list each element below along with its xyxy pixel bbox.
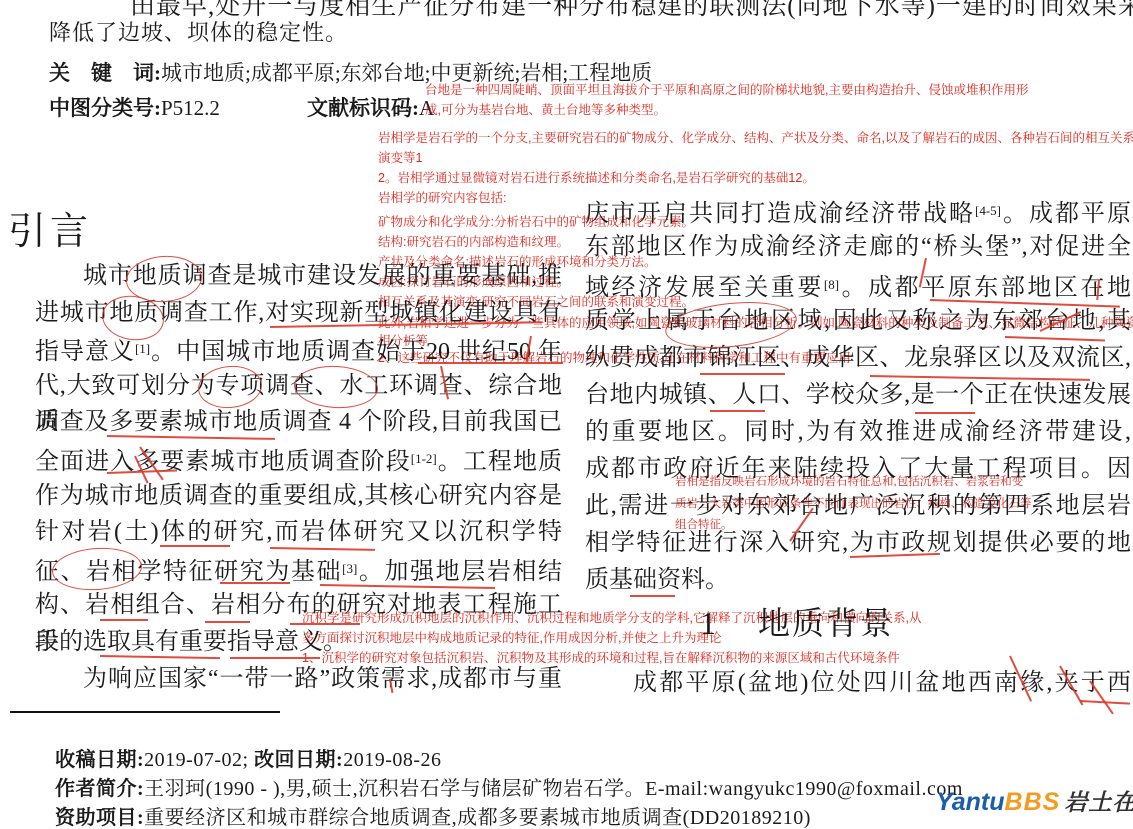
- body-line: 质学上属于台地区域,因此又称之为东郊台地,其: [585, 303, 1131, 340]
- body-line: 成都市政府近年来陆续投入了大量工程项目。因: [585, 451, 1131, 488]
- received-label: 收稿日期:: [55, 749, 144, 771]
- body-line: 台地内城镇、人口、学校众多,是一个正在快速发展: [585, 377, 1131, 414]
- right-column: 庆市开启共同打造成渝经济带战略[4-5]。成都平原 东部地区作为成渝经济走廊的“…: [585, 192, 1131, 599]
- body-line: 城市地质调查是城市建设发展的重要基础,推: [35, 258, 562, 295]
- body-line: 纵贯成都市锦江区、成华区、龙泉驿区以及双流区,: [585, 340, 1131, 377]
- introduction-heading: 引言: [8, 200, 92, 255]
- body-line: 针对岩(土)体的研究,而岩体研究又以沉积学特: [35, 514, 562, 551]
- red-note-line: 岩相学是岩石学的一个分支,主要研究岩石的矿物成分、化学成分、结构、产状及分类、命…: [378, 128, 1133, 148]
- funding-label: 资助项目:: [55, 807, 144, 829]
- body-line: 指导意义[1]。中国城市地质调查始于20 世纪50 年: [35, 331, 562, 368]
- body-line: 此,需进一步对东郊台地广泛沉积的第四系地层岩: [585, 488, 1131, 525]
- body-line: 调查及多要素城市地质调查 4 个阶段,目前我国已: [35, 404, 562, 441]
- footer-funding-line: 资助项目:重要经济区和城市群综合地质调查,成都多要素城市地质调查(DD20189…: [55, 801, 811, 829]
- logo-bbs-text: BBS: [1005, 788, 1061, 816]
- body-line: 征、岩相学特征研究为基础[3]。加强地层岩相结: [35, 551, 562, 588]
- author-value: 王羽珂(1990 - ),男,硕士,沉积岩石学与储层矿物岩石学。E-mail:w…: [144, 778, 963, 800]
- body-line: 质基础资料。: [585, 562, 1131, 599]
- logo-cn-text: 岩土在线: [1064, 789, 1133, 815]
- body-line: 进城市地质调查工作,对实现新型城镇化建设具有: [35, 295, 562, 332]
- author-label: 作者简介:: [55, 778, 144, 800]
- body-line: 全面进入多要素城市地质调查阶段[1-2]。工程地质: [35, 441, 562, 478]
- clc-value: P512.2: [161, 96, 220, 120]
- clc-label: 中图分类号:: [49, 96, 161, 120]
- revised-label: 改回日期:: [254, 749, 343, 771]
- body-line: 作为城市地质调查的重要组成,其核心研究内容是: [35, 478, 562, 515]
- stability-line: 降低了边坡、坝体的稳定性。: [49, 16, 348, 47]
- body-line: 段的选取具有重要指导意义。: [35, 624, 562, 661]
- funding-value: 重要经济区和城市群综合地质调查,成都多要素城市地质调查(DD20189210): [144, 807, 811, 829]
- red-note-line: 2。岩相学通过显微镜对岩石进行系统描述和分类命名,是岩石学研究的基础12。: [378, 168, 1133, 188]
- received-value: 2019-07-02;: [144, 749, 254, 771]
- red-note-line: 演变等1: [378, 148, 1133, 168]
- keywords-label: 关 键 词:: [49, 61, 161, 85]
- body-line: 庆市开启共同打造成渝经济带战略[4-5]。成都平原: [585, 192, 1131, 229]
- body-line: 的重要地区。同时,为有效推进成渝经济带建设,: [585, 414, 1131, 451]
- body-line: 成都平原(盆地)位处四川盆地西南缘,夹于西: [585, 662, 1131, 697]
- logo-yantu-text: Yantu: [936, 788, 1005, 816]
- body-line: 代,大致可划分为专项调查、水工环调查、综合地质: [35, 368, 562, 405]
- paper-page: 田最早,处升一与度相生产征分布建一种分布稳建的联测法(同地下水等)一建的时间效果…: [0, 0, 1133, 829]
- doc-code-line: 文献标识码:A: [307, 92, 434, 122]
- hand-mark: [1080, 700, 1130, 705]
- yantubbs-logo: YantuBBS岩土在线: [936, 784, 1133, 817]
- red-note-line: 台地是一种四周陡峭、顶面平坦且海拔介于平原和高原之间的阶梯状地貌,主要由构造抬升…: [425, 80, 1028, 100]
- body-line: 东部地区作为成渝经济走廊的“桥头堡”,对促进全: [585, 229, 1131, 266]
- red-note-line: 成,可分为基岩台地、黄土台地等多种类型。: [425, 100, 1028, 120]
- left-column: 城市地质调查是城市建设发展的重要基础,推 进城市地质调查工作,对实现新型城镇化建…: [35, 258, 562, 697]
- body-line: 构、岩相组合、岩相分布的研究对地表工程施工手: [35, 587, 562, 624]
- footer-author-line: 作者简介:王羽珂(1990 - ),男,硕士,沉积岩石学与储层矿物岩石学。E-m…: [55, 772, 963, 801]
- footnote-rule: [10, 711, 280, 713]
- doc-code-label: 文献标识码:: [307, 96, 419, 120]
- footer-received-line: 收稿日期:2019-07-02; 改回日期:2019-08-26: [55, 743, 442, 772]
- body-line: 为响应国家“一带一路”政策需求,成都市与重: [35, 661, 562, 698]
- body-line: 域经济发展至关重要[8]。成都平原东部地区在地: [585, 266, 1131, 303]
- clc-line: 中图分类号:P512.2: [49, 92, 220, 122]
- red-note-platform: 台地是一种四周陡峭、顶面平坦且海拔介于平原和高原之间的阶梯状地貌,主要由构造抬升…: [425, 80, 1028, 120]
- body-line: 相学特征进行深入研究,为市政规划提供必要的地: [585, 525, 1131, 562]
- section-heading-geology: 1 地质背景: [700, 598, 894, 644]
- revised-value: 2019-08-26: [343, 749, 441, 771]
